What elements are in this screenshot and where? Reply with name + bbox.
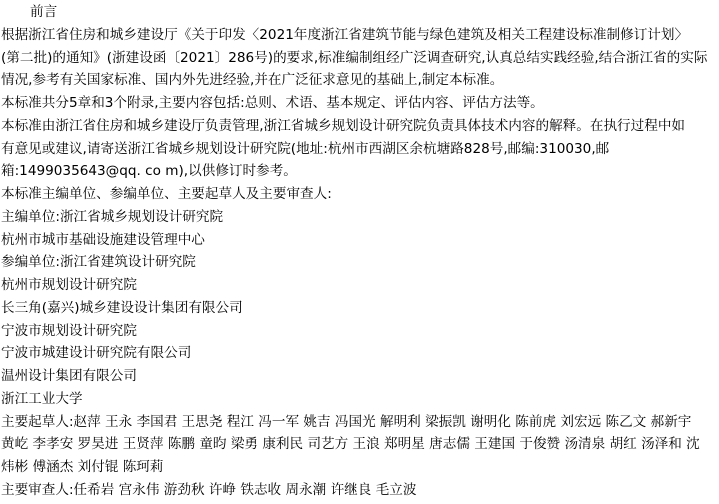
paragraph-line-management-2: 有意见或建议,请寄送浙江省城乡规划设计研究院(地址:杭州市西湖区余杭塘路828号… [1,138,719,161]
participating-unit-7: 浙江工业大学 [1,388,719,411]
drafters-line-2: 黄屹 李孝安 罗昊进 王贤萍 陈鹏 童昀 梁勇 康利民 司艺方 王浪 郑明星 唐… [1,433,719,456]
paragraph-line-management-1: 本标准由浙江省住房和城乡建设厅负责管理,浙江省城乡规划设计研究院负责具体技术内容… [1,115,719,138]
paragraph-line-units-intro: 本标准主编单位、参编单位、主要起草人及主要审查人: [1,183,719,206]
paragraph-line-basis-1: 根据浙江省住房和城乡建设厅《关于印发〈2021年度浙江省建筑节能与绿色建筑及相关… [1,24,719,47]
participating-unit-4: 宁波市规划设计研究院 [1,320,719,343]
document-page: 前言 根据浙江省住房和城乡建设厅《关于印发〈2021年度浙江省建筑节能与绿色建筑… [0,0,719,502]
participating-unit-3: 长三角(嘉兴)城乡建设设计集团有限公司 [1,297,719,320]
participating-unit-2: 杭州市规划设计研究院 [1,274,719,297]
paragraph-line-basis-3: 情况,参考有关国家标准、国内外先进经验,并在广泛征求意见的基础上,制定本标准。 [1,69,719,92]
reviewers-line: 主要审查人:任希岩 宫永伟 游劲秋 许峥 铁志收 周永潮 许继良 毛立波 [1,479,719,502]
paragraph-line-management-3: 箱:1499035643@qq. co m),以供修订时参考。 [1,160,719,183]
paragraph-line-contents: 本标准共分5章和3个附录,主要内容包括:总则、术语、基本规定、评估内容、评估方法… [1,92,719,115]
chief-editor-unit: 主编单位:浙江省城乡规划设计研究院 [1,206,719,229]
drafters-line-1: 主要起草人:赵萍 王永 李国君 王思尧 程江 冯一军 姚吉 冯国光 解明利 梁振… [1,411,719,434]
chief-editor-unit-2: 杭州市城市基础设施建设管理中心 [1,229,719,252]
participating-unit-5: 宁波市城建设计研究院有限公司 [1,342,719,365]
participating-unit-6: 温州设计集团有限公司 [1,365,719,388]
document-heading: 前言 [1,1,719,24]
paragraph-line-basis-2: (第二批)的通知》(浙建设函〔2021〕286号)的要求,标准编制组经广泛调查研… [1,47,719,70]
participating-unit: 参编单位:浙江省建筑设计研究院 [1,251,719,274]
drafters-line-3: 炜彬 傅涵杰 刘付锟 陈珂莉 [1,456,719,479]
